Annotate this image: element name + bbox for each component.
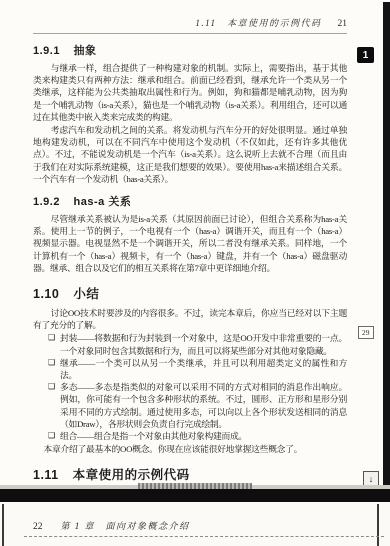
paragraph: 考虑汽车和发动机之间的关系。将发动机与汽车分开的好处很明显。通过单独地构建发动机…	[33, 124, 347, 185]
paragraph: 尽管继承关系被认为是is-a关系（其原因前面已讨论），但组合关系称为has-a关…	[33, 213, 347, 274]
scan-edge-strip	[383, 2, 390, 502]
running-header-title: 1.11 本章使用的示例代码	[195, 16, 321, 29]
page-break-bar	[0, 489, 390, 502]
closing-paragraph: 本章介绍了最基本的OO概念。你现在应该能很好地掌握这些概念了。	[33, 443, 347, 455]
section-heading-1-9-1: 1.9.1 抽象	[33, 42, 347, 58]
section-title: 本章使用的示例代码	[73, 468, 190, 482]
list-item: ❑ 多态——多态是指类似的对象可以采用不同的方式对相同的消息作出响应。例如，你可…	[49, 381, 347, 430]
corner-arrow-icon: ↓	[363, 471, 379, 486]
next-page-rule	[24, 536, 384, 537]
page-number: 21	[338, 19, 348, 29]
next-page-strip: 22 第 1 章 面向对象概念介绍	[0, 502, 390, 546]
section-number: 1.10	[33, 287, 59, 301]
list-item-text: 组合——组合是指一个对象由其他对象构建而成。	[60, 431, 247, 441]
next-page-number: 22	[33, 522, 43, 532]
section-number: 1.9.1	[33, 45, 60, 57]
next-page-right-edge	[377, 504, 379, 546]
chapter-tab: 1	[357, 47, 374, 63]
section-heading-1-11: 1.11 本章使用的示例代码	[33, 465, 347, 483]
section-title: 抽象	[74, 45, 97, 57]
list-item-text: 多态——多态是指类似的对象可以采用不同的方式对相同的消息作出响应。例如，你可能有…	[60, 382, 347, 429]
running-header: 1.11 本章使用的示例代码 21	[33, 16, 347, 29]
list-item: ❑ 继承——一个类可以从另一个类继承，并且可以利用超类定义的属性和方法。	[49, 357, 347, 381]
list-item: ❑ 封装——将数据和行为封装到一个对象中，这是OO开发中非常重要的一点。一个对象…	[49, 332, 347, 356]
section-number: 1.11	[33, 468, 59, 482]
section-title: 小结	[73, 287, 99, 301]
list-item-text: 封装——将数据和行为封装到一个对象中，这是OO开发中非常重要的一点。一个对象同时…	[60, 333, 347, 355]
list-item: ❑ 组合——组合是指一个对象由其他对象构建而成。	[49, 430, 347, 442]
next-page-running-header: 22 第 1 章 面向对象概念介绍	[33, 519, 190, 532]
section-heading-1-10: 1.10 小结	[33, 284, 347, 302]
scanned-book-page: 1.11 本章使用的示例代码 21 1.9.1 抽象 与继承一样，组合提供了一种…	[0, 0, 390, 546]
summary-list: ❑ 封装——将数据和行为封装到一个对象中，这是OO开发中非常重要的一点。一个对象…	[33, 332, 347, 442]
bullet-square-icon: ❑	[48, 381, 55, 393]
margin-page-ref: 29	[358, 326, 374, 339]
paragraph: 讨论OO技术时要涉及的内容很多。不过，读完本章后，你应当已经对以下主题有了充分的…	[33, 307, 347, 331]
header-rule	[33, 33, 347, 34]
bullet-square-icon: ❑	[48, 430, 55, 442]
bullet-square-icon: ❑	[48, 357, 55, 369]
section-title: has-a 关系	[74, 196, 132, 208]
section-heading-1-9-2: 1.9.2 has-a 关系	[33, 193, 347, 209]
page-body: 1.11 本章使用的示例代码 21 1.9.1 抽象 与继承一样，组合提供了一种…	[33, 16, 347, 486]
list-item-text: 继承——一个类可以从另一个类继承，并且可以利用超类定义的属性和方法。	[60, 358, 347, 380]
next-page-chapter-title: 第 1 章 面向对象概念介绍	[61, 519, 190, 532]
section-number: 1.9.2	[33, 196, 60, 208]
paragraph: 与继承一样，组合提供了一种构建对象的机制。实际上，需要指出，基于其他类来构建类只…	[33, 62, 347, 123]
bullet-square-icon: ❑	[48, 332, 55, 344]
next-page-left-edge	[2, 504, 4, 546]
